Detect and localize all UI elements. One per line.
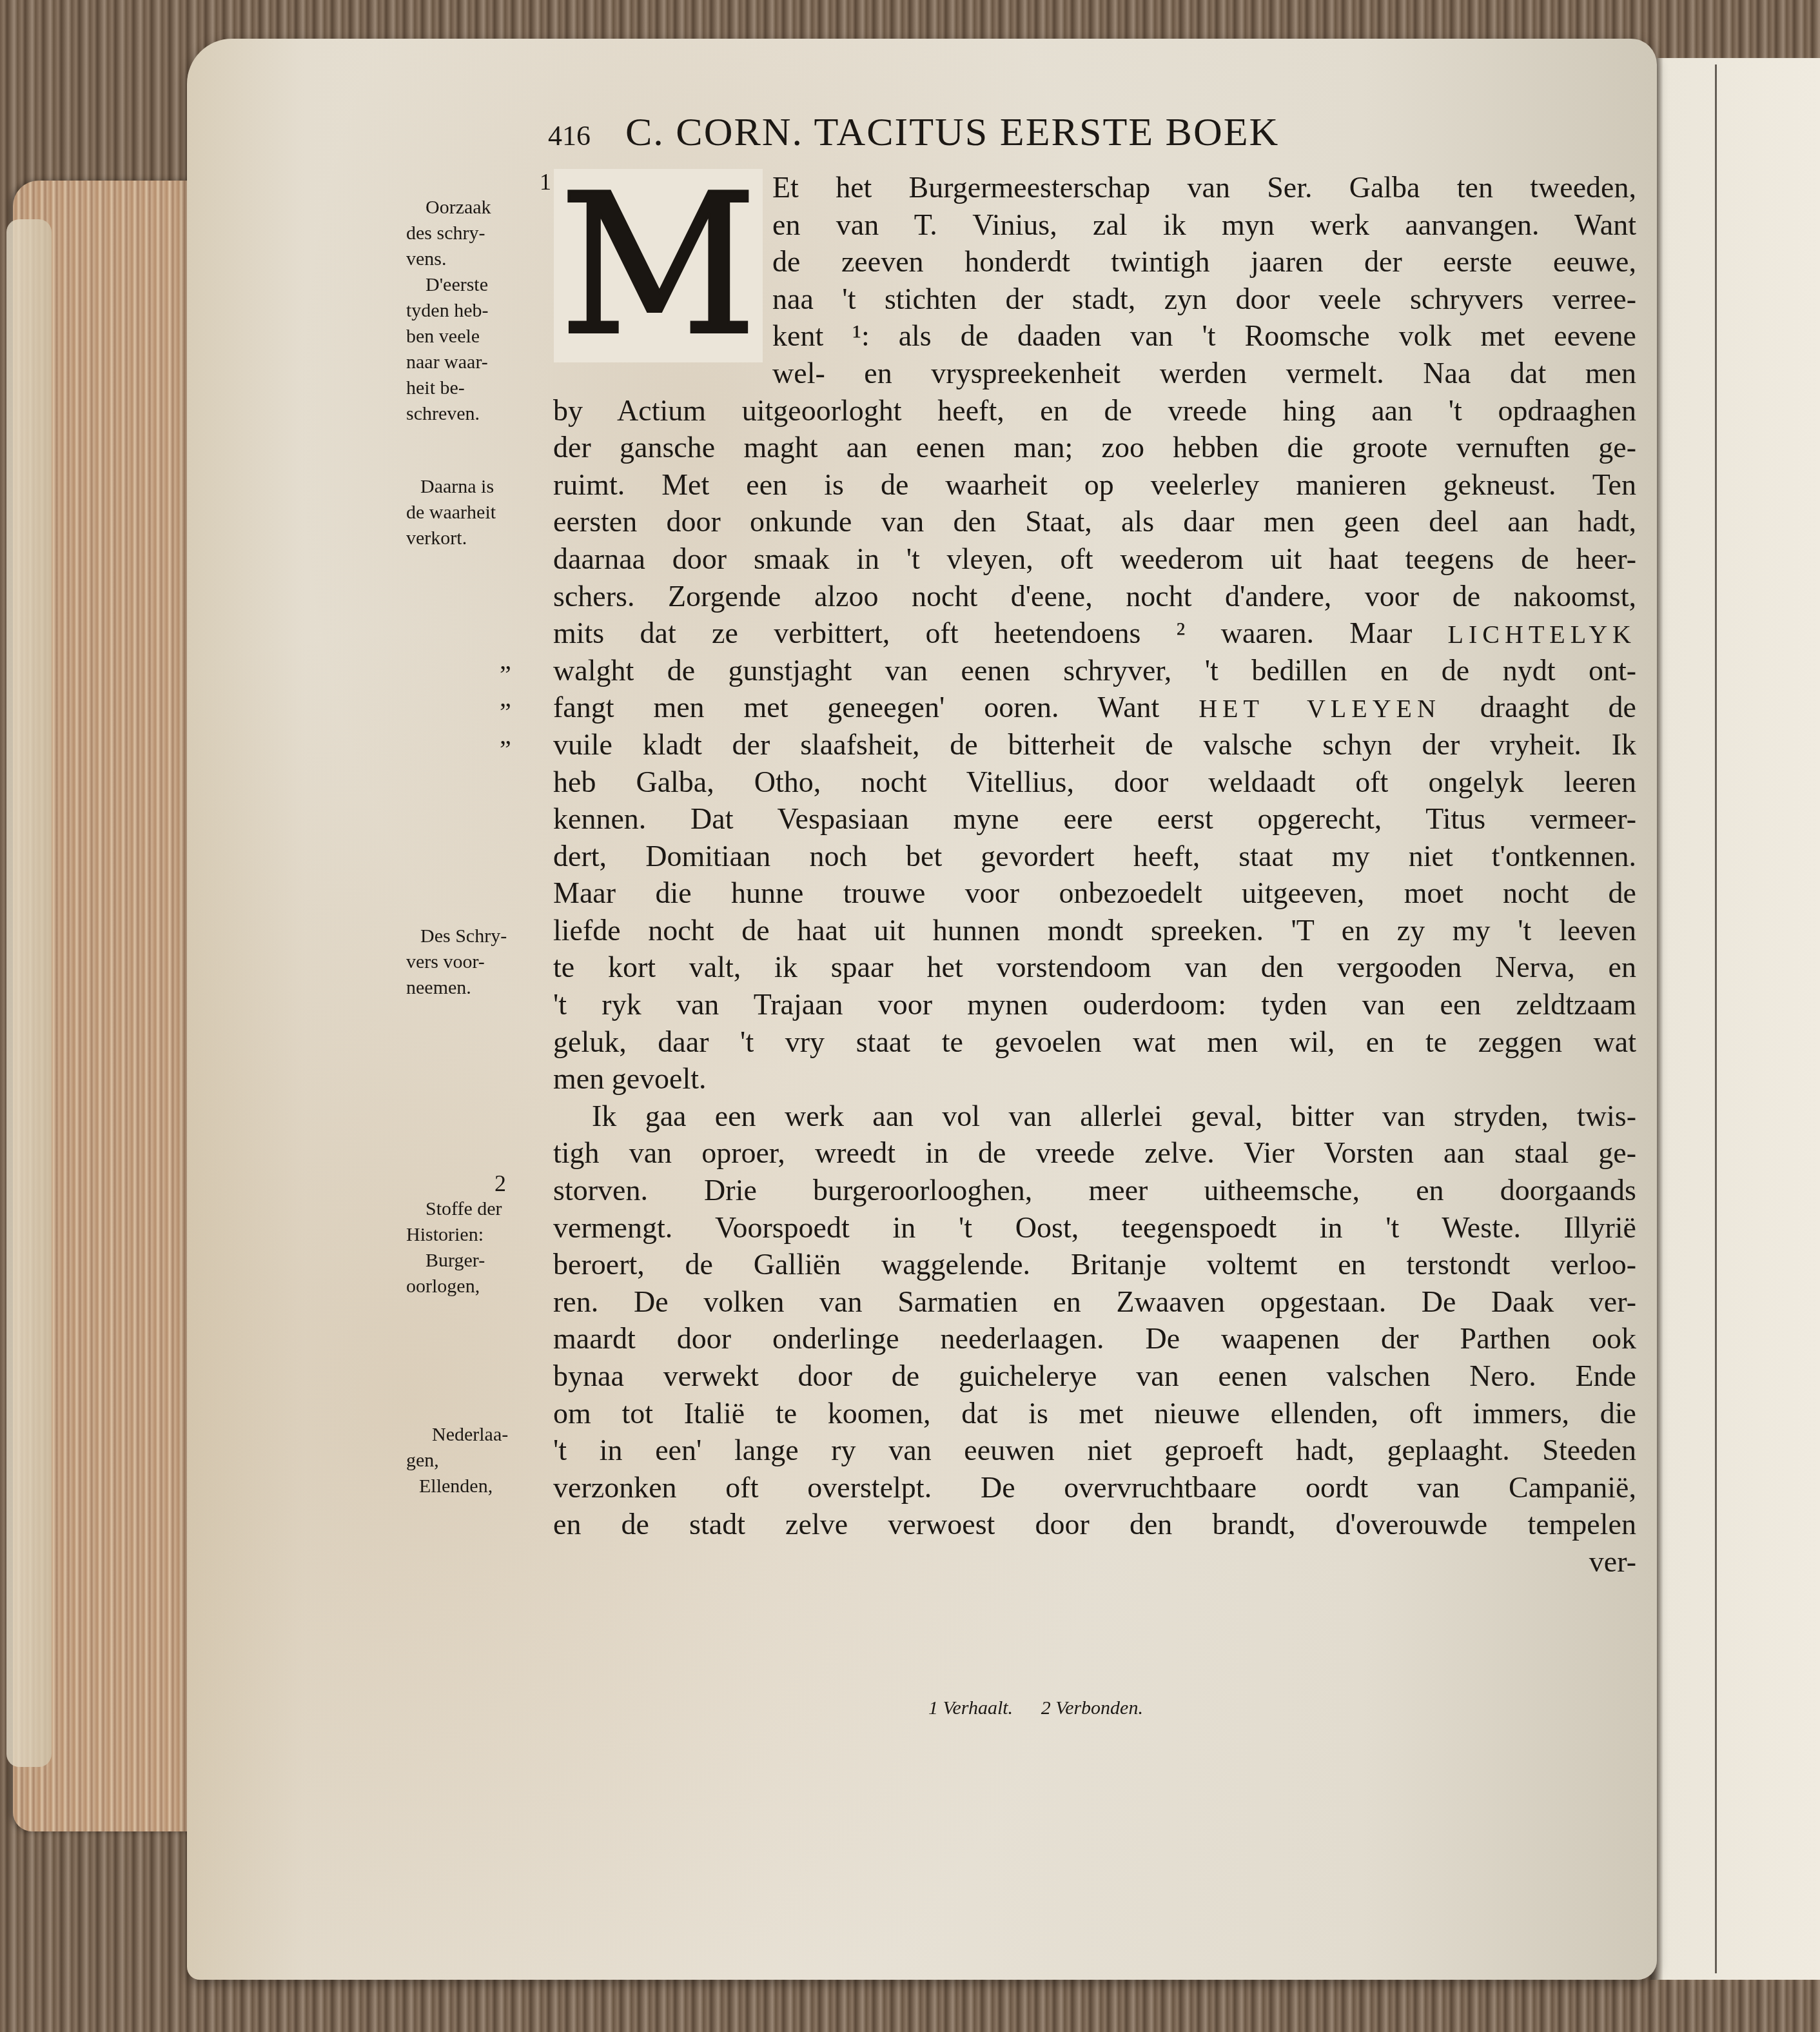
text-line: ren. De volken van Sarmatien en Zwaaven … (553, 1283, 1636, 1321)
text-line: schers. Zorgende alzoo nocht d'eene, noc… (553, 578, 1636, 615)
margin-note-line: schreven. (406, 401, 551, 427)
text-line: Ik gaa een werk aan vol van allerlei gev… (553, 1098, 1636, 1135)
text-line-with-smallcaps: mits dat ze verbittert, oft heetendoens … (553, 615, 1636, 652)
margin-note-line: Daarna is (406, 474, 551, 500)
margin-note-line: gen, (406, 1448, 551, 1474)
margin-note-line: de waarheit (406, 500, 551, 526)
gutter-line (1715, 64, 1717, 1973)
margin-note-line: Des Schry- (406, 923, 551, 949)
margin-note-line: oorlogen, (406, 1274, 551, 1299)
margin-note-line: Historien: (406, 1222, 551, 1248)
margin-note-line: Burger- (406, 1248, 551, 1274)
smallcaps-segment: LICHTELYK (1448, 620, 1636, 649)
footnote-1: 1 Verhaalt. (928, 1697, 1013, 1719)
margin-note-5: Nederlaa- gen, Ellenden, (406, 1422, 551, 1499)
margin-note-line: D'eerste (406, 272, 551, 298)
footnotes: 1 Verhaalt. 2 Verbonden. (928, 1697, 1166, 1719)
text-line: 't ryk van Trajaan voor mynen ouderdoom:… (553, 986, 1636, 1023)
facing-page (1650, 58, 1820, 1980)
text-line: de zeeven honderdt twintigh jaaren der e… (772, 243, 1636, 281)
margin-note-line: vens. (406, 246, 551, 272)
margin-note-line: tyden heb- (406, 298, 551, 324)
text-line: liefde nocht de haat uit hunnen mondt sp… (553, 912, 1636, 949)
quote-mark: „ (500, 682, 511, 713)
quote-mark: „ (500, 645, 511, 675)
margin-note-line: des schry- (406, 221, 551, 246)
margin-note-line: verkort. (406, 526, 551, 551)
text-line: walght de gunstjaght van eenen schryver,… (553, 652, 1636, 689)
margin-note-line: Nederlaa- (406, 1422, 551, 1448)
text-line: daarnaa door smaak in 't vleyen, oft wee… (553, 540, 1636, 578)
margin-note-line: naar waar- (406, 350, 551, 375)
footnote-2: 2 Verbonden. (1041, 1697, 1143, 1719)
text-line: ruimt. Met een is de waarheit op veelerl… (553, 466, 1636, 504)
text-line: Et het Burgermeesterschap van Ser. Galba… (772, 169, 1636, 206)
section-number: 1 (406, 169, 551, 195)
margin-note-line: heit be- (406, 375, 551, 401)
margin-note-4: 2 Stoffe der Historien: Burger- oorlogen… (406, 1170, 551, 1299)
text-line: beroert, de Galliën waggelende. Britanje… (553, 1246, 1636, 1283)
text-line: by Actium uitgeoorloght heeft, en de vre… (553, 392, 1636, 429)
body-text: Et het Burgermeesterschap van Ser. Galba… (553, 169, 1636, 1581)
text-segment: mits dat ze verbittert, oft heetendoens … (553, 617, 1412, 649)
text-line: 't in een' lange ry van eeuwen niet gepr… (553, 1432, 1636, 1469)
text-line: dert, Domitiaan noch bet gevordert heeft… (553, 838, 1636, 875)
text-line: naa 't stichten der stadt, zyn door veel… (772, 281, 1636, 318)
text-line: vermengt. Voorspoedt in 't Oost, teegens… (553, 1209, 1636, 1247)
text-line: vuile kladt der slaafsheit, de bitterhei… (553, 726, 1636, 764)
text-line: tigh van oproer, wreedt in de vreede zel… (553, 1134, 1636, 1172)
section-number: 2 (406, 1170, 551, 1196)
margin-note-line: Stoffe der (406, 1196, 551, 1222)
margin-note-line: neemen. (406, 975, 551, 1001)
catchword: ver- (553, 1543, 1636, 1581)
text-line: der gansche maght aan eenen man; zoo heb… (553, 429, 1636, 466)
book-fore-edge (13, 181, 206, 1831)
text-segment: fangt men met geneegen' ooren. Want (553, 691, 1159, 724)
margin-note-line: Oorzaak (406, 195, 551, 221)
text-line: om tot Italië te koomen, dat is met nieu… (553, 1395, 1636, 1432)
running-head-title: C. CORN. TACITUS EERSTE BOEK (625, 110, 1279, 155)
quote-mark: „ (500, 720, 511, 750)
text-line: men gevoelt. (553, 1060, 1636, 1098)
margin-note-line: ben veele (406, 324, 551, 350)
margin-note-3: Des Schry- vers voor- neemen. (406, 923, 551, 1001)
margin-note-line: Ellenden, (406, 1474, 551, 1499)
text-line: en de stadt zelve verwoest door den bran… (553, 1506, 1636, 1543)
text-line: storven. Drie burgeroorlooghen, meer uit… (553, 1172, 1636, 1209)
text-line: te kort valt, ik spaar het vorstendoom v… (553, 949, 1636, 986)
text-segment: draaght de (1480, 691, 1636, 724)
text-line-with-smallcaps: fangt men met geneegen' ooren. Want HET … (553, 689, 1636, 726)
text-line: en van T. Vinius, zal ik myn werk aanvan… (772, 206, 1636, 244)
text-line: heb Galba, Otho, nocht Vitellius, door w… (553, 764, 1636, 801)
margin-note-line: vers voor- (406, 949, 551, 975)
text-line: kennen. Dat Vespasiaan myne eere eerst o… (553, 800, 1636, 838)
text-line: eersten door onkunde van den Staat, als … (553, 503, 1636, 540)
margin-note-2: Daarna is de waarheit verkort. (406, 474, 551, 551)
page-number: 416 (548, 119, 625, 152)
text-line: maardt door onderlinge neederlaagen. De … (553, 1320, 1636, 1357)
text-line: wel- en vryspreekenheit werden vermelt. … (772, 355, 1636, 392)
text-line: kent ¹: als de daaden van 't Roomsche vo… (772, 317, 1636, 355)
text-line: verzonken oft overstelpt. De overvruchtb… (553, 1469, 1636, 1506)
text-line: geluk, daar 't vry staat te gevoelen wat… (553, 1023, 1636, 1061)
margin-note-1: 1 Oorzaak des schry- vens. D'eerste tyde… (406, 169, 551, 427)
text-line: Maar die hunne trouwe voor onbezoedelt u… (553, 874, 1636, 912)
text-line: bynaa verwekt door de guichelerye van ee… (553, 1357, 1636, 1395)
smallcaps-segment: HET VLEYEN (1199, 694, 1441, 723)
